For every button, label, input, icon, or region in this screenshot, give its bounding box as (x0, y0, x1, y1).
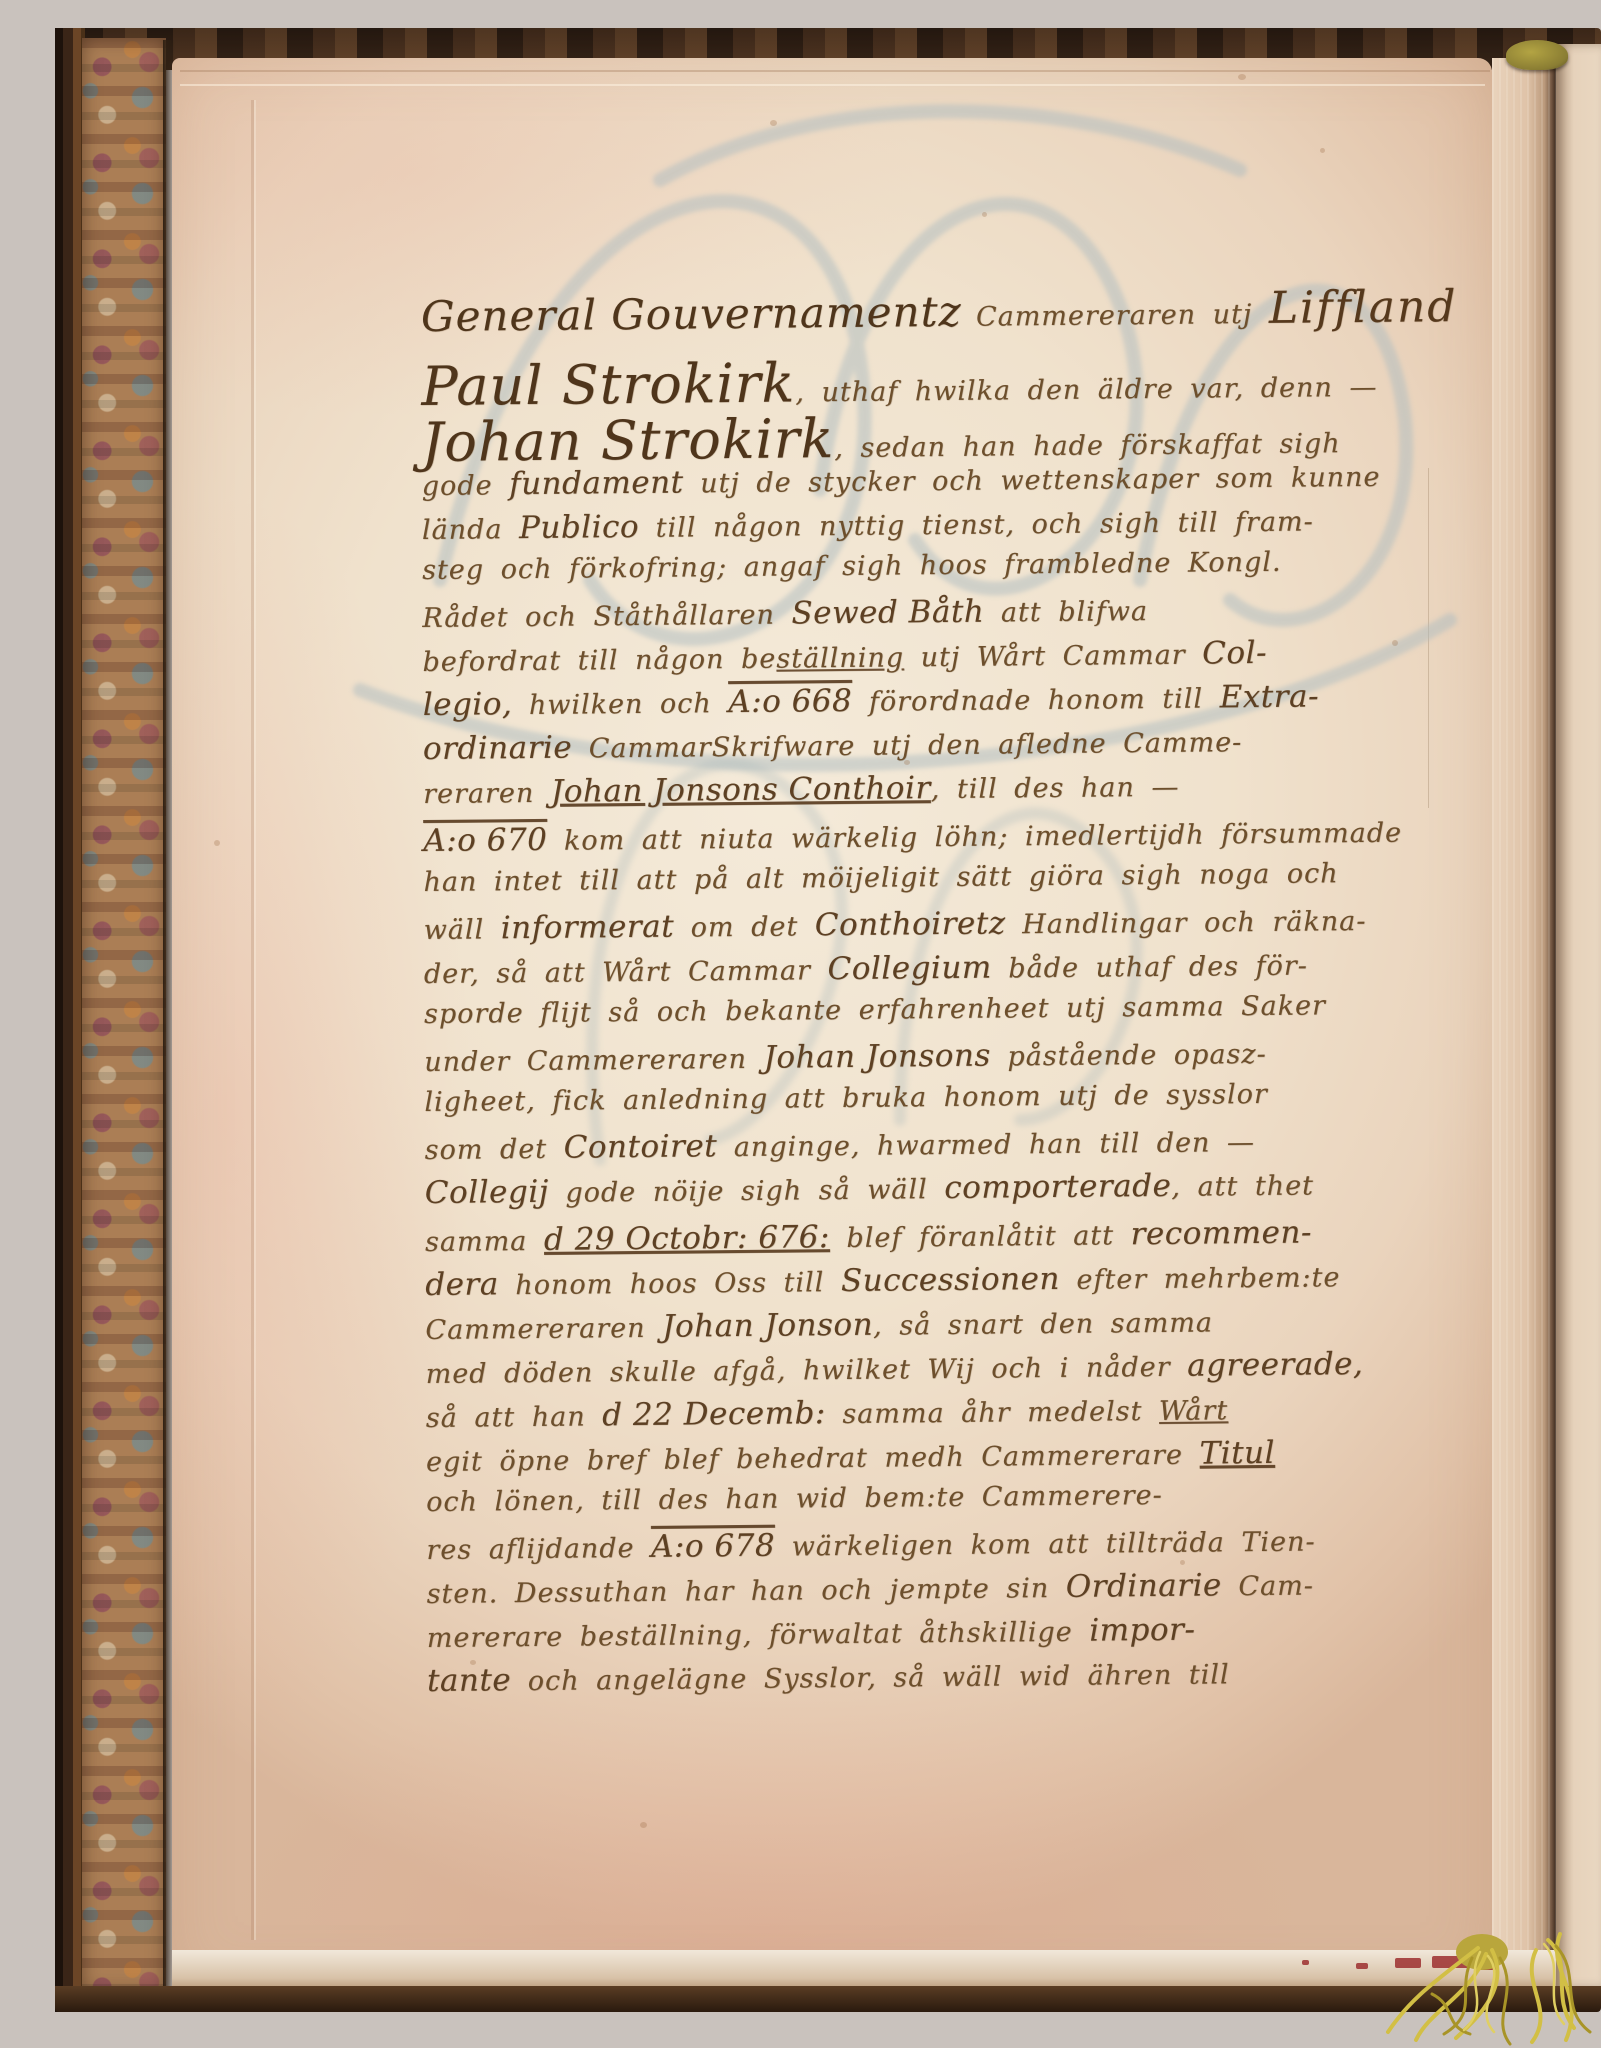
foxing-spot (982, 212, 987, 217)
manuscript-text-segment: ställning (776, 642, 904, 674)
manuscript-text-segment: efter mehrbem:te (1060, 1262, 1341, 1296)
foxing-spot (770, 120, 777, 126)
foxing-spot (1392, 640, 1398, 646)
manuscript-text-segment: recommen- (1130, 1214, 1312, 1252)
manuscript-text-segment: fundament (509, 465, 684, 503)
manuscript-text-segment: honom hoos Oss till (499, 1267, 841, 1301)
manuscript-text-segment: både uthaf des för- (992, 951, 1308, 985)
manuscript-text-segment: Liffland (1269, 281, 1458, 334)
manuscript-text-segment: d 22 Decemb: (602, 1395, 826, 1433)
manuscript-text-segment: Conthoiretz (815, 905, 1006, 943)
manuscript-text-segment: Successionen (841, 1261, 1060, 1299)
manuscript-text-segment: Johan Jonsons Conthoir (551, 770, 931, 810)
manuscript-text-segment: Cam- (1222, 1570, 1314, 1602)
manuscript-text-segment: utj de stycker och wettenskaper som kunn… (683, 462, 1380, 500)
foxing-spot (640, 1822, 647, 1828)
manuscript-text-segment: sten. Dessuthan har han och jempte sin (426, 1573, 1065, 1610)
manuscript-text-segment: A:o 678 (651, 1528, 775, 1565)
manuscript-text-segment: samma (425, 1226, 544, 1258)
left-cover-edge (55, 28, 85, 2012)
manuscript-text-segment: agreerade, (1187, 1346, 1364, 1384)
manuscript-text-segment: Cammereraren (425, 1313, 662, 1346)
manuscript-line: General Gouvernamentz Cammereraren utj L… (421, 281, 1466, 355)
manuscript-text-segment: Rådet och Ståthållaren (422, 599, 791, 634)
manuscript-text-segment: påstående opasz- (991, 1039, 1267, 1073)
manuscript-text-segment: under Cammereraren (424, 1044, 764, 1078)
foxing-spot (1180, 1560, 1185, 1565)
manuscript-text-segment: d 29 Octobr: 676: (544, 1219, 830, 1258)
manuscript-text-segment: att blifwa (984, 596, 1148, 629)
manuscript-text-segment: Wårt (1159, 1395, 1229, 1427)
next-page-edge (1556, 44, 1601, 1988)
manuscript-text-segment: om det (674, 911, 815, 943)
manuscript-text-segment: gode nöije sigh så wäll (549, 1174, 945, 1209)
manuscript-text-segment: gode (422, 470, 510, 502)
text-block: General Gouvernamentz Cammereraren utj L… (421, 284, 1471, 1705)
manuscript-text-segment: hwilken och (512, 688, 728, 721)
manuscript-text-segment: och angelägne Sysslor, så wäll wid ähren… (511, 1659, 1230, 1697)
manuscript-text-segment: blef föranlåtit att (830, 1220, 1131, 1254)
marbled-endpaper-shading (82, 38, 166, 1992)
manuscript-text-segment: der, så att Wårt Cammar (424, 955, 828, 990)
manuscript-text-segment: Extra- (1219, 678, 1319, 715)
manuscript-text-segment: , att thet (1171, 1170, 1314, 1202)
manuscript-text-segment: egit öpne bref blef behedrat medh Cammer… (426, 1440, 1200, 1478)
foxing-spot (214, 840, 220, 846)
manuscript-text-segment: wärkeligen kom att tillträda Tien- (775, 1526, 1316, 1562)
manuscript-text-segment: comporterade (944, 1168, 1171, 1206)
manuscript-text-segment: Titul (1199, 1435, 1275, 1472)
manuscript-text-segment: res aflijdande (426, 1533, 651, 1566)
manuscript-text-segment: så att han (426, 1401, 603, 1434)
manuscript-text-segment: Collegij (425, 1174, 549, 1211)
manuscript-text-segment: mererare beställning, förwaltat åthskill… (427, 1617, 1090, 1654)
foxing-spot (1238, 74, 1246, 80)
manuscript-text-segment: Collegium (827, 950, 992, 988)
manuscript-text-segment: Cammereraren utj (976, 299, 1269, 333)
manuscript-text-segment: A:o 670 (423, 822, 547, 859)
foxing-spot (470, 1660, 476, 1665)
manuscript-text-segment: och lönen, till des han wid bem:te Camme… (426, 1480, 1163, 1518)
manuscript-text-segment: till någon nyttig tienst, och sigh till … (639, 506, 1314, 543)
manuscript-text-segment: samma åhr medelst (826, 1396, 1159, 1430)
manuscript-line: Johan Strokirk, sedan han hade förskaffa… (421, 401, 1465, 467)
bottom-page-edge (172, 1950, 1556, 1990)
manuscript-text-segment: informerat (501, 909, 675, 947)
manuscript-text-segment: , så snart den samma (873, 1307, 1213, 1341)
manuscript-text-segment: Contoiret (563, 1128, 717, 1165)
manuscript-text-segment: A:o 668 (728, 683, 852, 720)
manuscript-text-segment: Johan Jonsons (763, 1038, 991, 1076)
manuscript-text-segment: utj Wårt Cammar (904, 640, 1202, 674)
manuscript-text-segment: kom att niuta wärkelig löhn; imedlertijd… (547, 818, 1402, 857)
manuscript-text-segment: Sewed Båth (791, 594, 984, 632)
foxing-spot (904, 760, 910, 765)
manuscript-text-segment: Col- (1202, 635, 1267, 672)
manuscript-text-segment: ordinarie (423, 730, 573, 767)
manuscript-text-segment: legio, (423, 686, 513, 723)
manuscript-text-segment: anginge, hwarmed han till den — (717, 1127, 1255, 1163)
manuscript-text-segment: Ordinarie (1066, 1567, 1222, 1604)
headband (1506, 40, 1568, 70)
manuscript-text-segment: wäll (424, 914, 501, 946)
manuscript-text-segment: Johan Jonson (662, 1307, 873, 1345)
manuscript-text-segment: CammarSkrifware utj den afledne Camme- (572, 727, 1242, 764)
scan-background: { "colors": { "scanner_background": "#c9… (0, 0, 1601, 2048)
manuscript-text-segment: förordnade honom till (852, 683, 1220, 718)
red-edge-speckle (1302, 1960, 1309, 1965)
manuscript-text-segment: med döden skulle afgå, hwilket Wij och i… (426, 1352, 1188, 1390)
manuscript-line: Paul Strokirk, uthaf hwilka den äldre va… (421, 345, 1465, 411)
manuscript-text-segment: Publico (519, 509, 639, 546)
flyleaf-left-highlight (254, 100, 256, 1940)
manuscript-text-segment: reraren (423, 778, 551, 810)
manuscript-text-segment: Handlingar och räkna- (1005, 906, 1366, 940)
manuscript-text-segment: , till des han — (931, 772, 1180, 805)
manuscript-line: tante och angelägne Sysslor, så wäll wid… (427, 1653, 1471, 1707)
manuscript-text-segment: befordrat till någon be (422, 644, 776, 678)
manuscript-text-segment: som det (425, 1134, 564, 1166)
silk-tassel (1360, 1900, 1601, 2048)
manuscript-text-segment: impor- (1089, 1612, 1195, 1649)
manuscript-text-segment: General Gouvernamentz (421, 287, 976, 341)
fore-edge (1492, 58, 1556, 1988)
foxing-spot (1320, 148, 1325, 153)
manuscript-text-segment: dera (425, 1266, 499, 1303)
manuscript-text-segment: tante (427, 1662, 512, 1699)
manuscript-text-segment: lända (422, 514, 519, 546)
